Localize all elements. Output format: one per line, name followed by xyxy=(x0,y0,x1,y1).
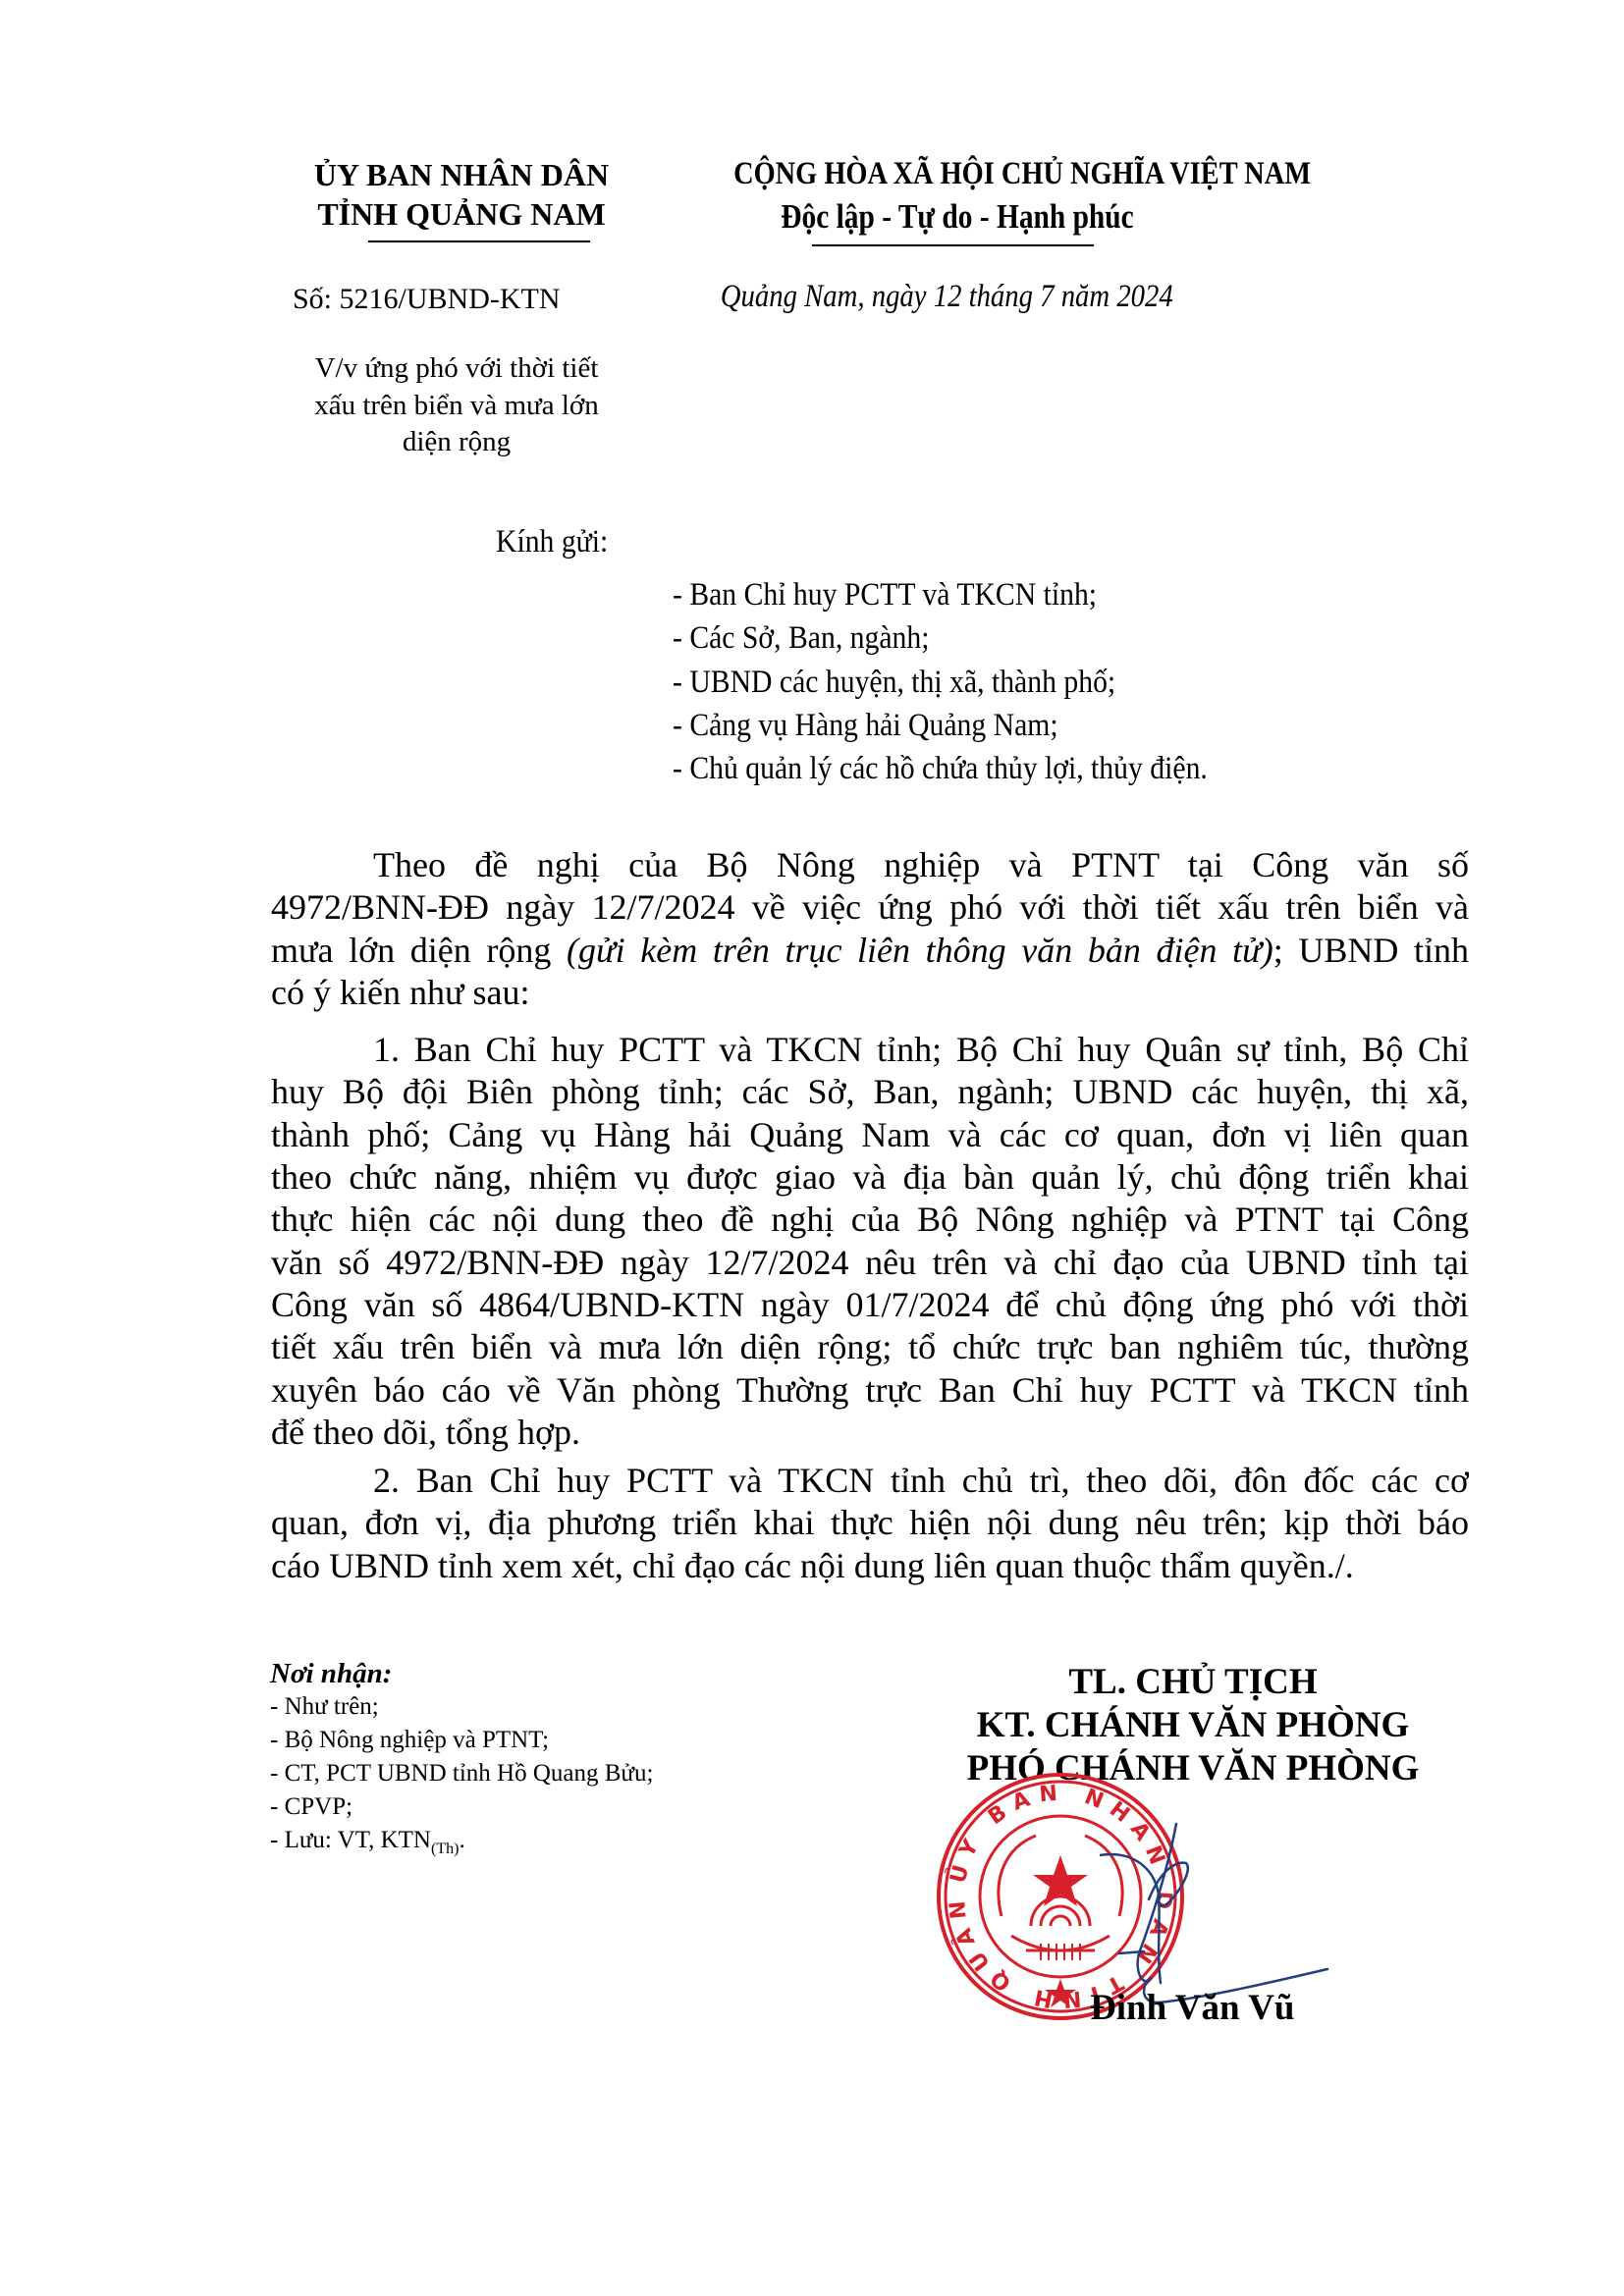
letter-body: Theo đề nghị của Bộ Nông nghiệp và PTNT … xyxy=(271,844,1469,1587)
addressee-item: - Chủ quản lý các hồ chứa thủy lợi, thủy… xyxy=(673,747,1208,790)
subject-line: diện rộng xyxy=(255,424,658,461)
national-heading: CỘNG HÒA XÃ HỘI CHỦ NGHĨA VIỆT NAM Độc l… xyxy=(697,153,1218,238)
distribution-item: - Như trên; xyxy=(270,1690,653,1724)
subject-line: xấu trên biển và mưa lớn xyxy=(255,388,658,425)
attachment-note: (gửi kèm trên trục liên thông văn bản đi… xyxy=(567,931,1273,970)
body-text: mưa lớn diện rộng xyxy=(271,931,567,970)
org-line-2: TỈNH QUẢNG NAM xyxy=(245,194,677,234)
signer-name: Đinh Văn Vũ xyxy=(1090,1987,1294,2029)
org-line-1: ỦY BAN NHÂN DÂN xyxy=(245,155,677,194)
issuing-authority: ỦY BAN NHÂN DÂN TỈNH QUẢNG NAM xyxy=(245,155,677,234)
signer-title-2: KT. CHÁNH VĂN PHÒNG xyxy=(952,1704,1434,1747)
document-subject: V/v ứng phó với thời tiết xấu trên biển … xyxy=(255,350,658,461)
archive-initials: (Th) xyxy=(431,1841,459,1857)
body-line: xuyên báo cáo về Văn phòng Thường trực B… xyxy=(271,1369,1469,1412)
signer-title-1: TL. CHỦ TỊCH xyxy=(952,1661,1434,1704)
body-line: 1. Ban Chỉ huy PCTT và TKCN tỉnh; Bộ Chỉ… xyxy=(271,1029,1469,1071)
addressee-item: - UBND các huyện, thị xã, thành phố; xyxy=(673,661,1208,704)
archive-text: - Lưu: VT, KTN xyxy=(270,1827,431,1853)
nation-name: CỘNG HÒA XÃ HỘI CHỦ NGHĨA VIỆT NAM xyxy=(733,153,1181,195)
intro-paragraph: Theo đề nghị của Bộ Nông nghiệp và PTNT … xyxy=(271,844,1469,1014)
body-line: 4972/BNN-ĐĐ ngày 12/7/2024 về việc ứng p… xyxy=(271,886,1469,929)
body-line: quan, đơn vị, địa phương triển khai thực… xyxy=(271,1502,1469,1544)
addressee-item: - Cảng vụ Hàng hải Quảng Nam; xyxy=(673,704,1208,747)
body-line: thực hiện các nội dung theo đề nghị của … xyxy=(271,1199,1469,1241)
distribution-item-archive: - Lưu: VT, KTN(Th). xyxy=(270,1824,653,1866)
distribution-item: - Bộ Nông nghiệp và PTNT; xyxy=(270,1724,653,1757)
body-line: 2. Ban Chỉ huy PCTT và TKCN tỉnh chủ trì… xyxy=(271,1460,1469,1502)
addressee-item: - Các Sở, Ban, ngành; xyxy=(673,616,1208,660)
addressee-list: - Ban Chỉ huy PCTT và TKCN tỉnh; - Các S… xyxy=(673,573,1267,790)
greeting: Kính gửi: xyxy=(496,524,608,561)
distribution-heading: Nơi nhận: xyxy=(270,1657,653,1690)
point-2-paragraph: 2. Ban Chỉ huy PCTT và TKCN tỉnh chủ trì… xyxy=(271,1460,1469,1587)
body-line: có ý kiến như sau: xyxy=(271,972,1469,1014)
body-line: mưa lớn diện rộng (gửi kèm trên trục liê… xyxy=(271,930,1469,972)
subject-line: V/v ứng phó với thời tiết xyxy=(255,350,658,388)
body-line: văn số 4972/BNN-ĐĐ ngày 12/7/2024 nêu tr… xyxy=(271,1242,1469,1284)
body-line: thành phố; Cảng vụ Hàng hải Quảng Nam và… xyxy=(271,1114,1469,1156)
point-1-paragraph: 1. Ban Chỉ huy PCTT và TKCN tỉnh; Bộ Chỉ… xyxy=(271,1029,1469,1454)
body-line: Công văn số 4864/UBND-KTN ngày 01/7/2024… xyxy=(271,1284,1469,1326)
body-line: tiết xấu trên biển và mưa lớn diện rộng;… xyxy=(271,1326,1469,1368)
body-text: ; UBND tỉnh xyxy=(1273,931,1469,970)
body-line: theo chức năng, nhiệm vụ được giao và đị… xyxy=(271,1156,1469,1199)
place-and-date: Quảng Nam, ngày 12 tháng 7 năm 2024 xyxy=(721,279,1164,315)
body-line: cáo UBND tỉnh xem xét, chỉ đạo các nội d… xyxy=(271,1545,1469,1587)
authority-underline xyxy=(368,240,590,242)
document-number: Số: 5216/UBND-KTN xyxy=(293,283,561,316)
motto-underline xyxy=(812,244,1094,246)
distribution-list: Nơi nhận: - Như trên; - Bộ Nông nghiệp v… xyxy=(270,1657,653,1866)
archive-end: . xyxy=(459,1827,464,1853)
body-line: Theo đề nghị của Bộ Nông nghiệp và PTNT … xyxy=(271,844,1469,886)
body-line: huy Bộ đội Biên phòng tỉnh; các Sở, Ban,… xyxy=(271,1071,1469,1113)
distribution-item: - CPVP; xyxy=(270,1790,653,1824)
addressee-item: - Ban Chỉ huy PCTT và TKCN tỉnh; xyxy=(673,573,1208,616)
distribution-item: - CT, PCT UBND tỉnh Hồ Quang Bửu; xyxy=(270,1757,653,1790)
national-motto: Độc lập - Tự do - Hạnh phúc xyxy=(738,195,1175,238)
body-line: để theo dõi, tổng hợp. xyxy=(271,1412,1469,1454)
